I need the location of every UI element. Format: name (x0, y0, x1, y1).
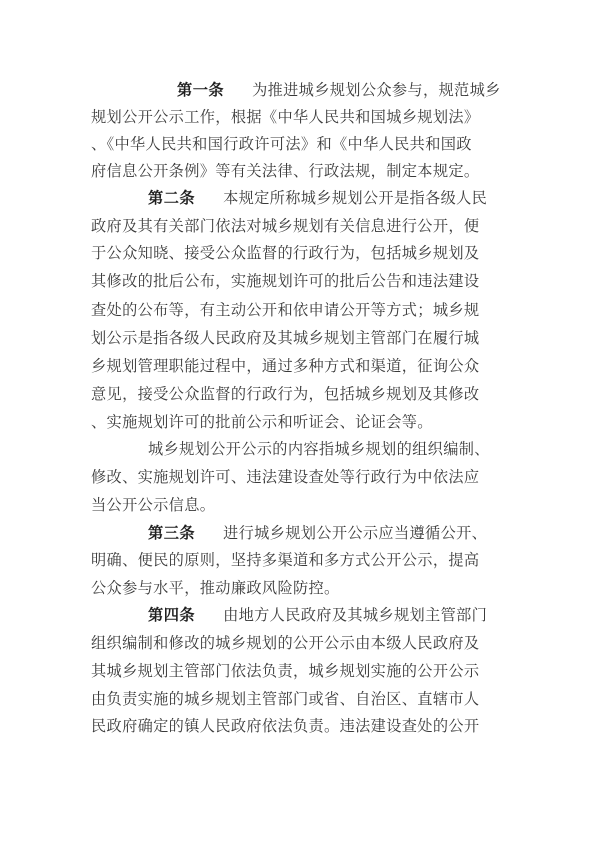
article-2-first-line: 第二条本规定所称城乡规划公开是指各级人民 (148, 186, 508, 210)
article-2-text: 本规定所称城乡规划公开是指各级人民 (223, 189, 487, 207)
article-3-text: 进行城乡规划公开公示应当遵循公开、 (223, 524, 487, 542)
article-1-text: 为推进城乡规划公众参与，规范城乡 (252, 81, 501, 99)
article-1-first-line: 第一条为推进城乡规划公众参与，规范城乡 (177, 78, 507, 102)
article-2-line: 意见，接受公众监督的行政行为，包括城乡规划及其修改 (91, 382, 507, 406)
article-4-line: 由负责实施的城乡规划主管部门或省、自治区、直辖市人 (91, 687, 507, 711)
article-3-first-line: 第三条进行城乡规划公开公示应当遵循公开、 (148, 521, 508, 545)
article-4-text: 由地方人民政府及其城乡规划主管部门 (223, 606, 487, 624)
article-3-heading: 第三条 (148, 524, 195, 542)
article-4-line: 其城乡规划主管部门依法负责，城乡规划实施的公开公示 (91, 659, 507, 683)
article-2-line: 于公众知晓、接受公众监督的行政行为，包括城乡规划及 (91, 241, 507, 265)
article-2-line: 政府及其有关部门依法对城乡规划有关信息进行公开，便 (91, 214, 507, 238)
document-page: 第一条为推进城乡规划公众参与，规范城乡 规划公开公示工作，根据《中华人民共和国城… (0, 0, 596, 842)
article-2-extra-paragraph-line: 修改、实施规划许可、违法建设查处等行政行为中依法应 (91, 465, 507, 489)
article-2-heading: 第二条 (148, 189, 195, 207)
article-2-line: 其修改的批后公布，实施规划许可的批后公告和违法建设 (91, 269, 507, 293)
article-3-line: 明确、便民的原则，坚持多渠道和多方式公开公示，提高 (91, 548, 507, 572)
article-4-line: 民政府确定的镇人民政府依法负责。违法建设查处的公开 (91, 714, 507, 738)
article-2-line: 、实施规划许可的批前公示和听证会、论证会等。 (91, 410, 507, 434)
article-1-heading: 第一条 (177, 81, 224, 99)
article-4-line: 组织编制和修改的城乡规划的公开公示由本级人民政府及 (91, 631, 507, 655)
article-2-line: 乡规划管理职能过程中，通过多种方式和渠道，征询公众 (91, 354, 507, 378)
article-2-extra-paragraph-first-line: 城乡规划公开公示的内容指城乡规划的组织编制、 (148, 437, 508, 461)
article-2-line: 划公示是指各级人民政府及其城乡规划主管部门在履行城 (91, 326, 507, 350)
article-1-line: 规划公开公示工作，根据《中华人民共和国城乡规划法》 (91, 105, 507, 129)
article-4-first-line: 第四条由地方人民政府及其城乡规划主管部门 (148, 603, 508, 627)
article-2-extra-paragraph-line: 当公开公示信息。 (91, 493, 507, 517)
article-1-line: 、《中华人民共和国行政许可法》和《中华人民共和国政 (91, 132, 507, 156)
article-3-line: 公众参与水平，推动廉政风险防控。 (91, 576, 507, 600)
article-2-line: 查处的公布等，有主动公开和依申请公开等方式；城乡规 (91, 298, 507, 322)
article-1-line: 府信息公开条例》等有关法律、行政法规，制定本规定。 (91, 159, 507, 183)
article-4-heading: 第四条 (148, 606, 195, 624)
